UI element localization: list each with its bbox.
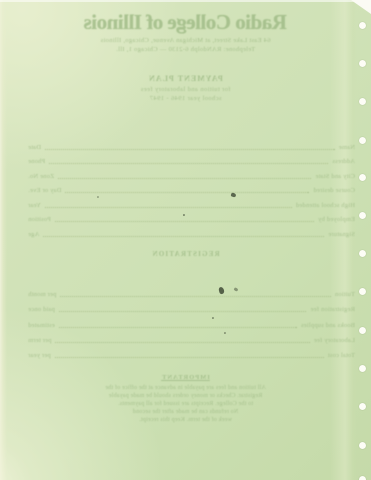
form-row: Employed byPosition xyxy=(28,209,355,224)
field-label: Course desired xyxy=(313,187,355,194)
scanned-page: Radio College of Illinois 64 East Lake S… xyxy=(0,0,371,480)
punch-hole xyxy=(359,137,366,144)
form-subtitle: for tuition and laboratory fees xyxy=(0,86,371,93)
form-row: NameDate xyxy=(28,136,355,151)
punch-hole xyxy=(359,327,366,334)
form-row: Course desiredDay or Eve. xyxy=(28,180,355,195)
college-address: 64 East Lake Street, at Michigan Avenue,… xyxy=(0,37,371,44)
field-label: Books and supplies xyxy=(301,322,355,329)
punch-hole xyxy=(359,22,366,29)
form-row: Books and suppliesestimated xyxy=(28,313,355,328)
punch-hole xyxy=(359,174,366,181)
field-end-label: Age xyxy=(28,231,39,238)
ink-speck xyxy=(224,332,226,334)
punch-hole xyxy=(359,365,366,372)
field-label: Signature xyxy=(328,231,355,238)
field-label: Name xyxy=(339,144,355,151)
form-row: Laboratory feeper term xyxy=(28,329,355,344)
field-end-label: Position xyxy=(28,216,51,223)
field-label: Employed by xyxy=(318,216,355,223)
field-end-label: per month xyxy=(28,291,56,298)
punch-hole xyxy=(359,442,366,449)
dotted-fill-line xyxy=(45,148,335,150)
form-row: Registration feepaid once xyxy=(28,298,355,313)
field-end-label: Date xyxy=(28,144,41,151)
field-end-label: Phone xyxy=(28,158,45,165)
dotted-fill-line xyxy=(49,162,328,164)
field-label: Registration fee xyxy=(310,306,355,313)
footer-line: week of the term. Keep this receipt. xyxy=(0,416,371,424)
field-end-label: Day or Eve. xyxy=(28,187,61,194)
dotted-fill-line xyxy=(45,206,292,208)
dotted-fill-line xyxy=(55,356,324,358)
dotted-fill-line xyxy=(60,295,330,297)
dotted-fill-line xyxy=(55,220,314,222)
dotted-fill-line xyxy=(43,235,324,237)
bleed-through-layer: Radio College of Illinois 64 East Lake S… xyxy=(0,0,371,480)
college-phone: Telephone: RANdolph 6-2130 — Chicago 1, … xyxy=(0,46,371,53)
college-name: Radio College of Illinois xyxy=(0,10,371,35)
form-row: SignatureAge xyxy=(28,223,355,238)
dotted-fill-line xyxy=(59,310,307,312)
field-end-label: per term xyxy=(28,337,51,344)
field-end-label: estimated xyxy=(28,322,55,329)
form-title: PAYMENT PLAN xyxy=(0,74,371,83)
form-row: Tuitionper month xyxy=(28,283,355,298)
field-end-label: paid once xyxy=(28,306,55,313)
punch-hole xyxy=(359,212,366,219)
applicant-form-section: NameDateAddressPhoneCity and StateZone N… xyxy=(28,136,355,238)
field-label: Tuition xyxy=(335,291,355,298)
footer-line: Registrar. Checks or money orders should… xyxy=(0,392,371,400)
form-row: High school attendedYear xyxy=(28,194,355,209)
ink-speck xyxy=(183,214,185,216)
punch-hole xyxy=(359,60,366,67)
field-label: Address xyxy=(332,158,355,165)
footer-heading: IMPORTANT xyxy=(0,374,371,381)
footer-line: to the College. Receipts are issued for … xyxy=(0,400,371,408)
field-label: Total cost xyxy=(328,352,355,359)
ink-speck xyxy=(97,196,99,198)
fees-form-section: Tuitionper monthRegistration feepaid onc… xyxy=(28,283,355,359)
footer-fine-print: All tuition and fees are payable in adva… xyxy=(0,384,371,424)
field-end-label: per year xyxy=(28,352,51,359)
punch-hole xyxy=(359,476,366,480)
punch-hole xyxy=(359,403,366,410)
field-label: Laboratory fee xyxy=(314,337,355,344)
footer-line: No refunds can be made after the second xyxy=(0,408,371,416)
dotted-fill-line xyxy=(58,177,311,179)
punch-hole xyxy=(359,288,366,295)
field-label: City and State xyxy=(315,173,355,180)
form-subtitle-2: school year 1946 - 1947 xyxy=(0,95,371,102)
ink-speck xyxy=(212,317,214,319)
field-end-label: Year xyxy=(28,202,41,209)
dotted-fill-line xyxy=(59,326,297,328)
form-row: Total costper year xyxy=(28,344,355,359)
punch-hole xyxy=(359,250,366,257)
footer-line: All tuition and fees are payable in adva… xyxy=(0,384,371,392)
dotted-fill-line xyxy=(65,191,309,193)
punch-hole xyxy=(359,98,366,105)
field-end-label: Zone No. xyxy=(28,173,54,180)
form-row: AddressPhone xyxy=(28,151,355,166)
dotted-fill-line xyxy=(55,341,309,343)
form-row: City and StateZone No. xyxy=(28,165,355,180)
section-heading: REGISTRATION xyxy=(0,250,371,258)
field-label: High school attended xyxy=(296,202,355,209)
